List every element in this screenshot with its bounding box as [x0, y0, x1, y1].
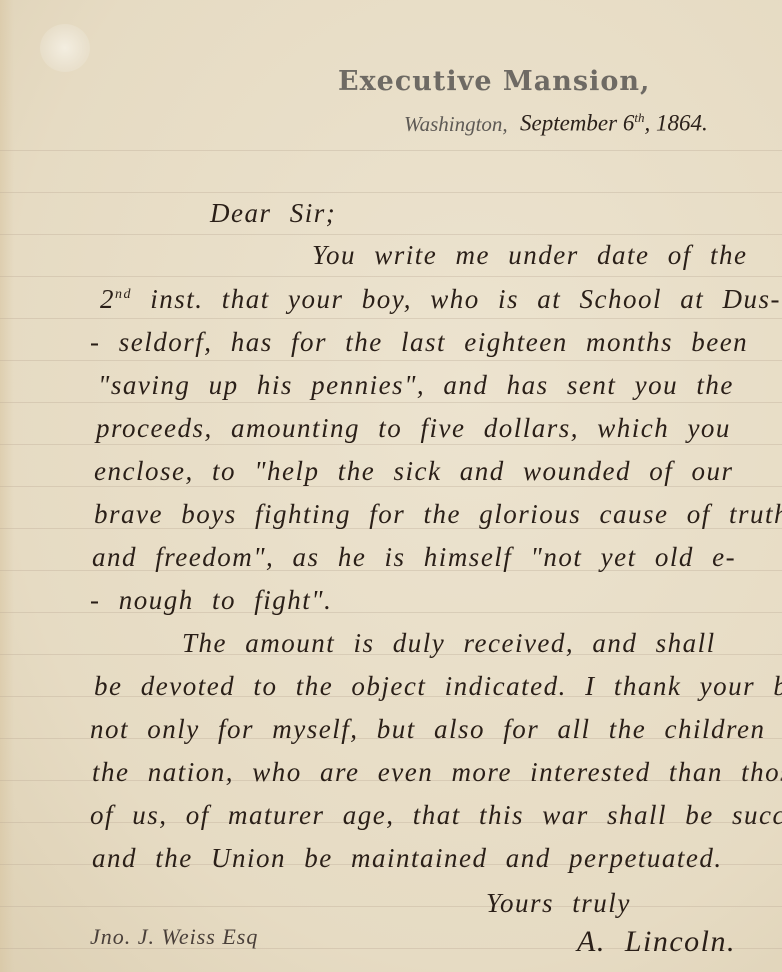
- letterhead-title: Executive Mansion,: [338, 66, 650, 97]
- body-line: You write me under date of the: [312, 240, 748, 271]
- salutation: Dear Sir;: [210, 198, 336, 229]
- body-line: - seldorf, has for the last eighteen mon…: [90, 327, 748, 358]
- body-line: and the Union be maintained and perpetua…: [92, 843, 723, 874]
- ruled-line: [0, 150, 782, 151]
- ruled-line: [0, 402, 782, 403]
- body-line: be devoted to the object indicated. I th…: [94, 671, 782, 702]
- body-line: brave boys fighting for the glorious cau…: [94, 499, 782, 530]
- body-line: the nation, who are even more interested…: [92, 757, 782, 788]
- body-line: - nough to fight".: [90, 585, 332, 616]
- ruled-line: [0, 192, 782, 193]
- letter-page: Executive Mansion, Washington, September…: [0, 0, 782, 972]
- ruled-line: [0, 906, 782, 907]
- ruled-line: [0, 360, 782, 361]
- body-line: proceeds, amounting to five dollars, whi…: [96, 413, 731, 444]
- embossed-seal-icon: [40, 24, 90, 72]
- body-line: enclose, to "help the sick and wounded o…: [94, 456, 734, 487]
- addressee: Jno. J. Weiss Esq: [90, 924, 258, 950]
- body-line: of us, of maturer age, that this war sha…: [90, 800, 782, 831]
- ruled-line: [0, 276, 782, 277]
- body-line: 2nd inst. that your boy, who is at Schoo…: [100, 284, 781, 315]
- letterhead-place: Washington,: [404, 112, 508, 137]
- closing: Yours truly: [486, 888, 631, 919]
- ruled-line: [0, 234, 782, 235]
- letter-date: September 6th, 1864.: [520, 110, 708, 137]
- ruled-line: [0, 444, 782, 445]
- body-line: "saving up his pennies", and has sent yo…: [98, 370, 734, 401]
- signature: A. Lincoln.: [577, 925, 736, 959]
- body-line: not only for myself, but also for all th…: [90, 714, 782, 745]
- body-line: and freedom", as he is himself "not yet …: [92, 542, 736, 573]
- ruled-line: [0, 318, 782, 319]
- body-line: The amount is duly received, and shall: [182, 628, 716, 659]
